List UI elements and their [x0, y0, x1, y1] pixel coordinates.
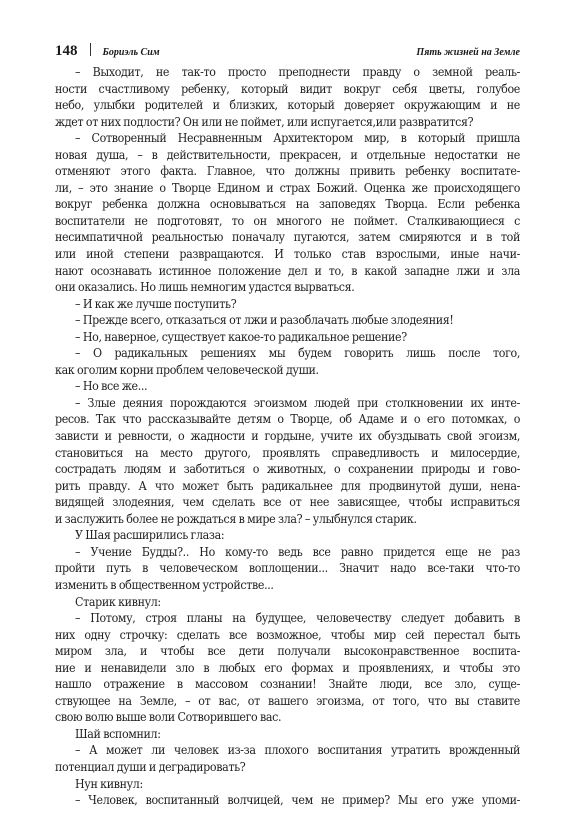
paragraph: У Шая расширились глаза:	[55, 527, 520, 544]
text-line: ности счастливому ребенку, который видит…	[55, 81, 520, 98]
body-text: – Выходит, не так-то просто преподнести …	[55, 64, 520, 809]
text-line: – Злые деяния порождаются эгоизмом людей…	[55, 395, 520, 412]
header-divider	[90, 43, 91, 56]
text-line: отменяют этого факта. Главное, что должн…	[55, 163, 520, 180]
text-line: ние и ненавидели зло в любых его формах …	[55, 660, 520, 677]
text-line: ждет от них подлости? Он или не поймет, …	[55, 114, 520, 131]
text-line: – Учение Будды?.. Но кому-то ведь все ра…	[55, 544, 520, 561]
text-line: они оказались. Но лишь немногим удастся …	[55, 279, 520, 296]
paragraph: – Сотворенный Несравненным Архитектором …	[55, 130, 520, 295]
text-line: – Человек, воспитанный волчицей, чем не …	[55, 792, 520, 809]
text-line: ствующее на Земле, – от вас, от вашего э…	[55, 693, 520, 710]
paragraph: – И как же лучше поступить?	[55, 296, 520, 313]
paragraph: – Злые деяния порождаются эгоизмом людей…	[55, 395, 520, 527]
text-line: видящей злодеяния, чем сделать все от не…	[55, 494, 520, 511]
text-line: миром зла, и чтобы все дети получали выс…	[55, 643, 520, 660]
book-page: 148 Бориэль Сим Пять жизней на Земле – В…	[0, 0, 583, 827]
text-line: становиться на место другого, проявлять …	[55, 445, 520, 462]
text-line: рить правду. А что может быть радикальне…	[55, 478, 520, 495]
paragraph: – Но, наверное, существует какое-то ради…	[55, 329, 520, 346]
text-line: Нун кивнул:	[55, 776, 520, 793]
text-line: как оголим корни проблем человеческой ду…	[55, 362, 520, 379]
text-line: – Прежде всего, отказаться от лжи и разо…	[55, 312, 520, 329]
text-line: У Шая расширились глаза:	[55, 527, 520, 544]
paragraph: Шай вспомнил:	[55, 726, 520, 743]
author-name: Бориэль Сим	[103, 47, 160, 58]
text-line: ли, – это знание о Творце Едином и страх…	[55, 180, 520, 197]
text-line: ресов. Так что рассказывайте детям о Тво…	[55, 411, 520, 428]
paragraph: Старик кивнул:	[55, 594, 520, 611]
text-line: несимпатичной реальностью поначалу пугаю…	[55, 229, 520, 246]
paragraph: – О радикальных решениях мы будем говори…	[55, 345, 520, 378]
text-line: нашло отражение в массовом сознании! Зна…	[55, 676, 520, 693]
text-line: воспитатели не подготовят, то он многого…	[55, 213, 520, 230]
running-header: 148 Бориэль Сим Пять жизней на Земле	[55, 42, 520, 62]
text-line: нают осознавать истинное положение дел и…	[55, 263, 520, 280]
book-title: Пять жизней на Земле	[416, 47, 520, 58]
text-line: зависти и ревности, о жадности и гордыне…	[55, 428, 520, 445]
text-line: вокруг ребенка должна основываться на за…	[55, 196, 520, 213]
text-line: – Но все же...	[55, 378, 520, 395]
paragraph: – Выходит, не так-то просто преподнести …	[55, 64, 520, 130]
text-line: изменить в общественном устройстве...	[55, 577, 520, 594]
paragraph: Нун кивнул:	[55, 776, 520, 793]
text-line: Шай вспомнил:	[55, 726, 520, 743]
text-line: – Но, наверное, существует какое-то ради…	[55, 329, 520, 346]
text-line: пройти путь в человеческом воплощении...…	[55, 560, 520, 577]
text-line: – Выходит, не так-то просто преподнести …	[55, 64, 520, 81]
text-line: небо, улыбки родителей и близких, которы…	[55, 97, 520, 114]
text-line: – Потому, строя планы на будущее, челове…	[55, 610, 520, 627]
paragraph: – Но все же...	[55, 378, 520, 395]
paragraph: – Потому, строя планы на будущее, челове…	[55, 610, 520, 726]
text-line: Старик кивнул:	[55, 594, 520, 611]
text-line: – А может ли человек из-за плохого воспи…	[55, 742, 520, 759]
paragraph: – Человек, воспитанный волчицей, чем не …	[55, 792, 520, 809]
paragraph: – Учение Будды?.. Но кому-то ведь все ра…	[55, 544, 520, 594]
text-line: сострадать людям и заботиться о животных…	[55, 461, 520, 478]
text-line: потенциал души и деградировать?	[55, 759, 520, 776]
text-line: – И как же лучше поступить?	[55, 296, 520, 313]
paragraph: – А может ли человек из-за плохого воспи…	[55, 742, 520, 775]
text-line: – Сотворенный Несравненным Архитектором …	[55, 130, 520, 147]
text-line: них одну строчку: сделать все возможное,…	[55, 627, 520, 644]
text-line: свою волю выше воли Сотворившего вас.	[55, 709, 520, 726]
paragraph: – Прежде всего, отказаться от лжи и разо…	[55, 312, 520, 329]
text-line: – О радикальных решениях мы будем говори…	[55, 345, 520, 362]
text-line: и заслужить более не рождаться в мире зл…	[55, 511, 520, 528]
text-line: или иной степени развращаются. И только …	[55, 246, 520, 263]
text-line: новая душа, – в действительности, прекра…	[55, 147, 520, 164]
page-number: 148	[55, 43, 78, 60]
